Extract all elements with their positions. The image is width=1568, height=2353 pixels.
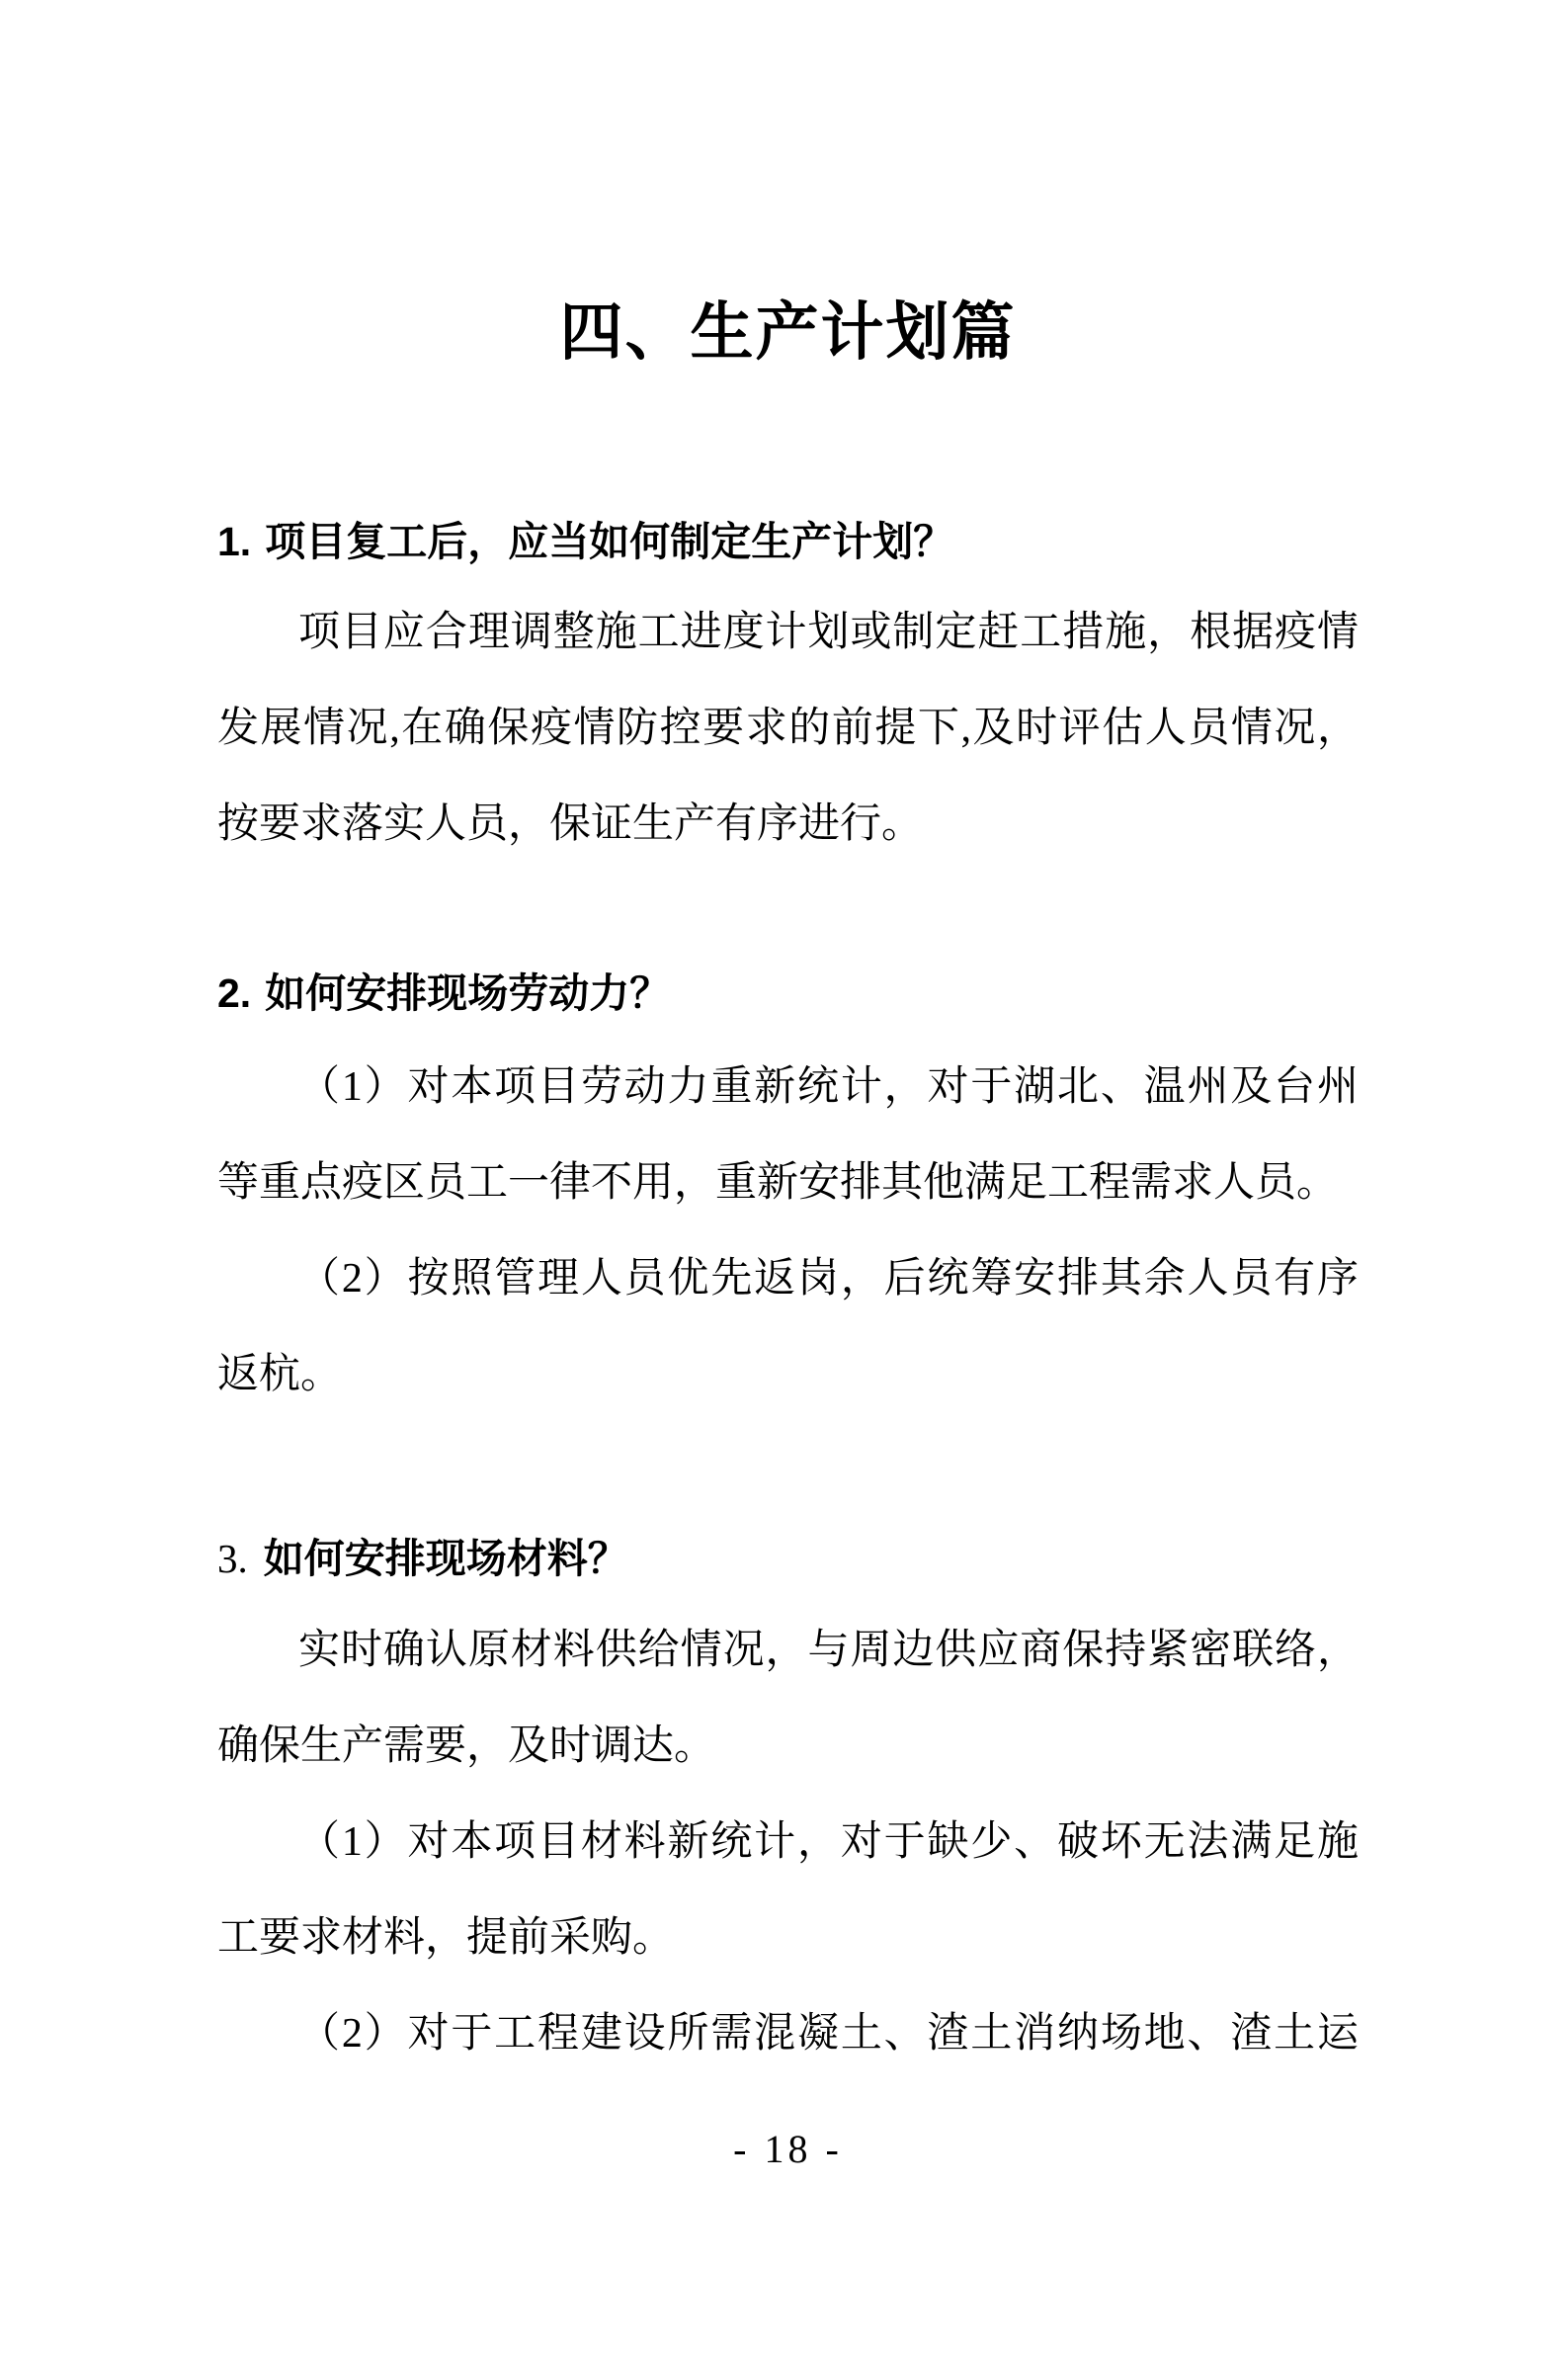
paragraph: （2）对于工程建设所需混凝土、渣土消纳场地、渣土运 <box>217 1986 1359 2082</box>
document-body: 1.项目复工后，应当如何制定生产计划？项目应合理调整施工进度计划或制定赶工措施，… <box>217 512 1359 2082</box>
page-number: - 18 - <box>733 2127 843 2172</box>
document-page: 四、生产计划篇 1.项目复工后，应当如何制定生产计划？项目应合理调整施工进度计划… <box>0 0 1568 2353</box>
section-heading-text: 如何安排现场劳动力？ <box>265 970 670 1016</box>
section-heading: 1.项目复工后，应当如何制定生产计划？ <box>217 512 1359 571</box>
text-line: 项目应合理调整施工进度计划或制定赶工措施，根据疫情 <box>217 585 1359 681</box>
section-number: 2. <box>217 970 251 1016</box>
page-footer: - 18 - <box>217 2127 1359 2172</box>
text-line: 返杭。 <box>217 1327 1359 1423</box>
text-line: 发展情况,在确保疫情防控要求的前提下,及时评估人员情况， <box>217 681 1359 777</box>
text-line: 按要求落实人员，保证生产有序进行。 <box>217 777 1359 873</box>
paragraph: （1）对本项目材料新统计，对于缺少、破坏无法满足施工要求材料，提前采购。 <box>217 1795 1359 1986</box>
text-line: 实时确认原材料供给情况，与周边供应商保持紧密联络， <box>217 1603 1359 1699</box>
paragraph: （2）按照管理人员优先返岗，后统筹安排其余人员有序返杭。 <box>217 1231 1359 1423</box>
section-heading-text: 如何安排现场材料？ <box>264 1536 628 1581</box>
page-content: 四、生产计划篇 1.项目复工后，应当如何制定生产计划？项目应合理调整施工进度计划… <box>0 0 1568 2172</box>
section-heading-text: 项目复工后，应当如何制定生产计划？ <box>265 519 953 564</box>
section-number: 1. <box>217 519 251 564</box>
text-line: （2）按照管理人员优先返岗，后统筹安排其余人员有序 <box>217 1231 1359 1327</box>
section-3: 3.如何安排现场材料？实时确认原材料供给情况，与周边供应商保持紧密联络，确保生产… <box>217 1529 1359 2082</box>
paragraph: （1）对本项目劳动力重新统计，对于湖北、温州及台州等重点疫区员工一律不用，重新安… <box>217 1040 1359 1231</box>
section-number: 3. <box>217 1536 248 1581</box>
text-line: （2）对于工程建设所需混凝土、渣土消纳场地、渣土运 <box>217 1986 1359 2082</box>
section-heading: 2.如何安排现场劳动力？ <box>217 964 1359 1023</box>
text-line: 工要求材料，提前采购。 <box>217 1891 1359 1986</box>
section-paragraphs: （1）对本项目劳动力重新统计，对于湖北、温州及台州等重点疫区员工一律不用，重新安… <box>217 1040 1359 1423</box>
section-heading: 3.如何安排现场材料？ <box>217 1529 1359 1588</box>
paragraph: 项目应合理调整施工进度计划或制定赶工措施，根据疫情发展情况,在确保疫情防控要求的… <box>217 585 1359 873</box>
text-line: （1）对本项目材料新统计，对于缺少、破坏无法满足施 <box>217 1795 1359 1891</box>
section-2: 2.如何安排现场劳动力？（1）对本项目劳动力重新统计，对于湖北、温州及台州等重点… <box>217 964 1359 1423</box>
text-line: （1）对本项目劳动力重新统计，对于湖北、温州及台州 <box>217 1040 1359 1135</box>
text-line: 等重点疫区员工一律不用，重新安排其他满足工程需求人员。 <box>217 1135 1359 1231</box>
text-line: 确保生产需要，及时调达。 <box>217 1699 1359 1795</box>
section-1: 1.项目复工后，应当如何制定生产计划？项目应合理调整施工进度计划或制定赶工措施，… <box>217 512 1359 873</box>
section-paragraphs: 实时确认原材料供给情况，与周边供应商保持紧密联络，确保生产需要，及时调达。（1）… <box>217 1603 1359 2082</box>
paragraph: 实时确认原材料供给情况，与周边供应商保持紧密联络，确保生产需要，及时调达。 <box>217 1603 1359 1795</box>
document-title: 四、生产计划篇 <box>217 289 1359 378</box>
section-paragraphs: 项目应合理调整施工进度计划或制定赶工措施，根据疫情发展情况,在确保疫情防控要求的… <box>217 585 1359 873</box>
